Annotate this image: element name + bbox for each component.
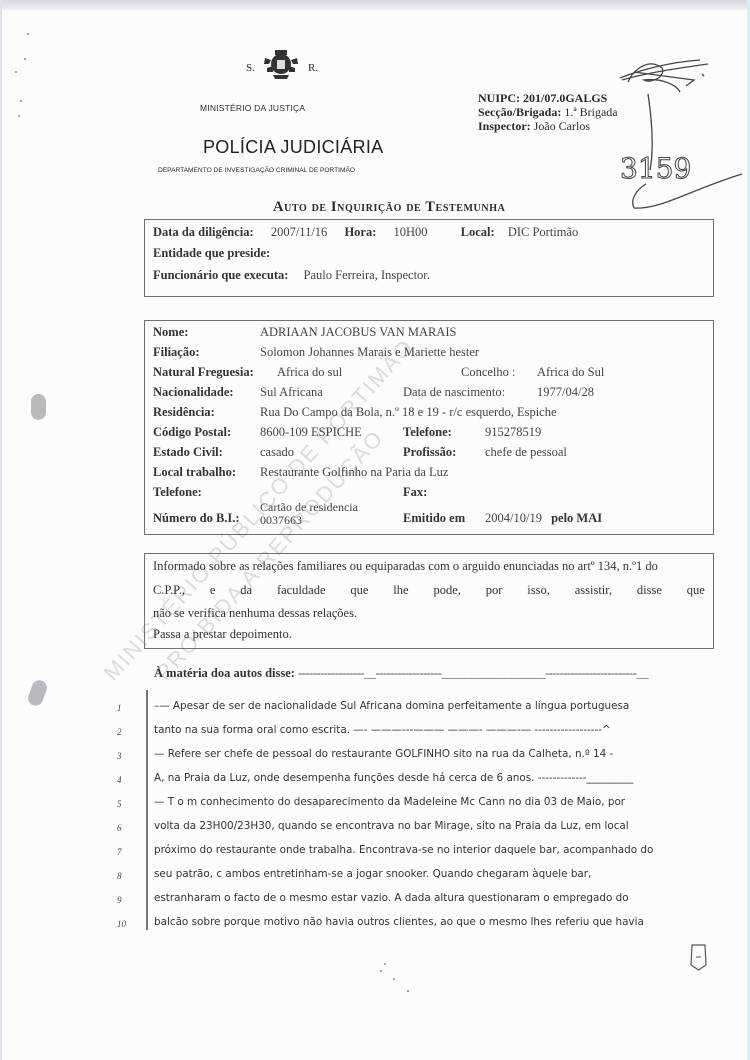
handwritten-page-number: 3159 [620, 152, 691, 185]
statement-intro-label: À matéria doa autos disse: [154, 666, 295, 680]
relations-line-3: não se verifica nenhuma dessas relações. [153, 606, 357, 621]
word: que [687, 583, 705, 598]
relations-line-4: Passa a prestar depoimento. [153, 627, 292, 642]
crest-left-letter: S. [246, 62, 255, 74]
nacionalidade-label: Nacionalidade: [153, 385, 234, 399]
word: que [350, 583, 368, 598]
residencia-value: Rua Do Campo da Bola, n.º 18 e 19 - r/c … [260, 405, 557, 419]
word: lhe [393, 583, 408, 598]
statement-line: — Refere ser chefe de pessoal do restaur… [154, 748, 613, 760]
filiacao-value: Solomon Johannes Marais e Mariette heste… [260, 345, 479, 359]
nascimento-value: 1977/04/28 [537, 385, 594, 399]
crest-right-letter: R. [308, 62, 318, 74]
estado-civil-value: casado [260, 445, 294, 459]
line-number: 5 [117, 799, 122, 809]
relations-line-1: Informado sobre as relações familiares o… [153, 559, 658, 574]
statement-line: volta da 23H00/23H30, quando se encontra… [154, 820, 629, 832]
line-number: 8 [117, 871, 122, 881]
ministry-name: MINISTÉRIO DA JUSTIÇA [200, 103, 305, 113]
line-number: 9 [117, 895, 122, 905]
funcionario-label: Funcionário que executa: [153, 268, 288, 282]
scan-left-edge [0, 0, 2, 1060]
emitido-by: pelo MAI [551, 511, 602, 525]
coat-of-arms-icon [261, 48, 301, 80]
nascimento-label: Data de nascimento: [403, 385, 505, 399]
word: assistir, [575, 583, 612, 598]
page-stamp-icon [689, 943, 708, 972]
diligence-box: Data da diligência: 2007/11/16 Hora: 10H… [144, 219, 714, 297]
nome-value: ADRIAAN JACOBUS VAN MARAIS [260, 325, 456, 339]
local-trabalho-label: Local trabalho: [153, 465, 236, 479]
word: pode, [433, 583, 460, 598]
line-number: 6 [117, 823, 122, 833]
bi-value-number: 0037663 [260, 514, 358, 527]
witness-identification-box: Nome: ADRIAAN JACOBUS VAN MARAIS Filiaçã… [144, 320, 714, 535]
department-name: DEPARTAMENTO DE INVESTIGAÇÃO CRIMINAL DE… [158, 167, 355, 174]
bi-label: Número do B.I.: [153, 511, 240, 525]
statement-line: balcão sobre porque motivo não havia out… [154, 916, 644, 928]
emitido-label: Emitido em [403, 511, 465, 525]
word: da [240, 583, 252, 598]
profissao-value: chefe de pessoal [485, 445, 567, 459]
statement-line: próximo do restaurante onde trabalha. En… [154, 844, 653, 856]
scan-speck [384, 963, 386, 965]
scan-speck [27, 33, 29, 35]
local-label: Local: [461, 225, 495, 239]
statement-line: tanto na sua forma oral como escrita. —-… [154, 724, 611, 736]
statement-line: A, na Praia da Luz, onde desempenha funç… [154, 772, 633, 784]
scan-speck [24, 58, 26, 60]
line-number: 4 [117, 775, 122, 785]
statement-intro: À matéria doa autos disse: -------------… [154, 666, 648, 681]
statement-line: –— Apesar de ser de nacionalidade Sul Af… [154, 700, 629, 712]
telefone2-label: Telefone: [153, 485, 202, 499]
funcionario-value: Paulo Ferreira, Inspector. [304, 268, 430, 282]
inspector-value: João Carlos [534, 119, 590, 133]
concelho-value: Africa do Sul [537, 365, 604, 379]
line-number: 3 [117, 751, 122, 761]
entidade-label: Entidade que preside: [153, 246, 270, 260]
telefone-label: Telefone: [403, 425, 452, 439]
relations-box: Informado sobre as relações familiares o… [144, 553, 714, 649]
word: e [210, 583, 216, 598]
nuipc: NUIPC: 201/07.0GALGS [478, 91, 607, 105]
codigo-postal-label: Código Postal: [153, 425, 231, 439]
residencia-label: Residência: [153, 405, 215, 419]
document-title: Auto de Inquirição de Testemunha [273, 199, 505, 216]
word: por [486, 583, 503, 598]
local-value: DIC Portimão [508, 225, 578, 239]
codigo-postal-value: 8600-109 ESPICHE [260, 425, 362, 439]
statement-intro-dashes: ------------------__------------------__… [298, 666, 648, 680]
statement-line: — T o m conhecimento do desaparecimento … [154, 796, 625, 808]
telefone-value: 915278519 [485, 425, 541, 439]
scan-speck [407, 990, 409, 992]
freguesia-value: Africa do sul [277, 365, 342, 379]
filiacao-label: Filiação: [153, 345, 200, 359]
line-number: 10 [117, 919, 126, 929]
word: disse [637, 583, 662, 598]
nome-label: Nome: [153, 325, 188, 339]
punch-hole-bottom [26, 678, 49, 708]
freguesia-label: Natural Freguesia: [153, 365, 254, 379]
line-number: 1 [117, 703, 122, 713]
punch-hole-top [31, 394, 46, 420]
emitido-value: 2004/10/19 [485, 511, 542, 525]
coat-of-arms: S. R. [246, 48, 356, 80]
scan-speck [15, 71, 17, 73]
handwritten-signature-icon: 3159 [590, 50, 750, 220]
scan-speck [18, 115, 20, 117]
concelho-label: Concelho : [461, 365, 516, 379]
statement-line: estranharam o facto de o mesmo estar vaz… [154, 892, 629, 904]
agency-name: POLÍCIA JUDICIÁRIA [203, 137, 383, 158]
relations-line-2: C.P.P., e da faculdade que lhe pode, por… [153, 583, 705, 598]
line-number: 7 [117, 847, 122, 857]
scan-speck [20, 100, 22, 102]
local-trabalho-value: Restaurante Golfinho na Paria da Luz [260, 465, 448, 479]
estado-civil-label: Estado Civil: [153, 445, 223, 459]
scan-speck [380, 970, 382, 972]
word: faculdade [277, 583, 326, 598]
statement-line: seu patrão, c ambos entretinham-se a jog… [154, 868, 591, 880]
data-value: 2007/11/16 [271, 225, 327, 239]
statement-margin-rule [146, 690, 148, 930]
nacionalidade-value: Sul Africana [260, 385, 323, 399]
word: isso, [527, 583, 550, 598]
hora-label: Hora: [344, 225, 376, 239]
inspector-label: Inspector: [478, 119, 531, 133]
word: C.P.P., [153, 583, 185, 598]
hora-value: 10H00 [394, 225, 428, 239]
fax-label: Fax: [403, 485, 427, 499]
scan-speck [393, 978, 395, 980]
scan-top-edge [0, 0, 750, 10]
profissao-label: Profissão: [403, 445, 456, 459]
seccao-label: Secção/Brigada: [478, 105, 561, 119]
line-number: 2 [117, 727, 122, 737]
data-label: Data da diligência: [153, 225, 254, 239]
